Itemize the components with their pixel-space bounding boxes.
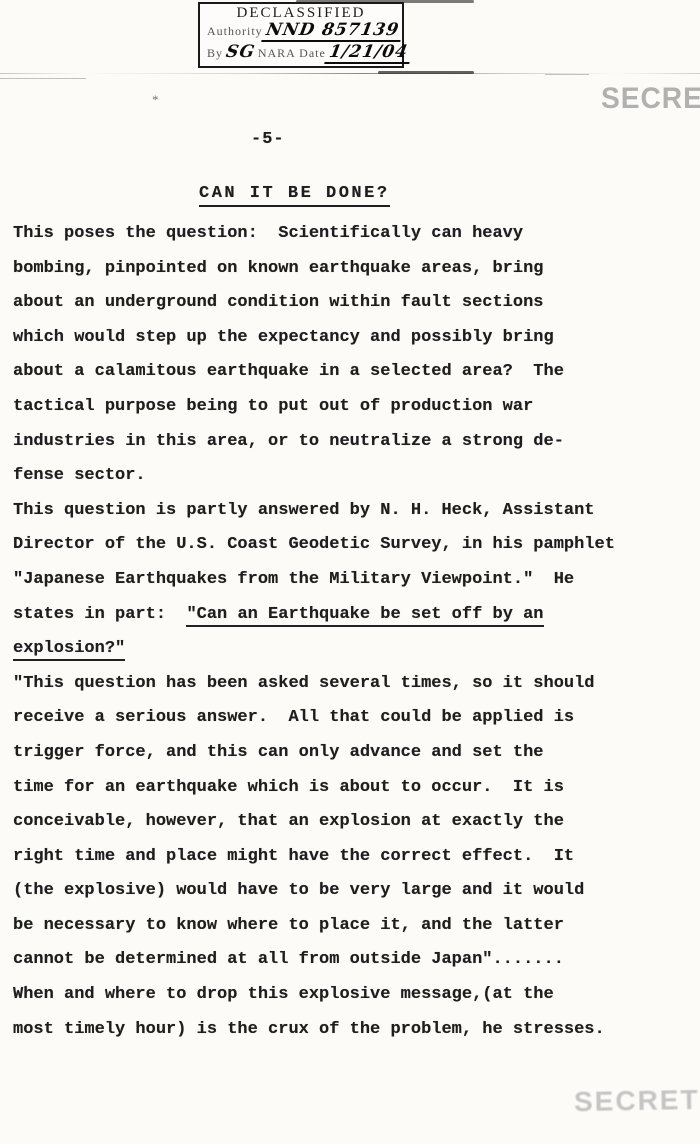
text-line: be necessary to know where to place it, …: [13, 916, 653, 951]
declassification-stamp: DECLASSIFIED Authority NND 857139 By SG …: [198, 2, 404, 68]
text-segment: fense sector.: [13, 466, 146, 485]
date-handwritten-value: 1/21/04: [324, 44, 412, 64]
authority-label: Authority: [207, 24, 263, 39]
document-page: * DECLASSIFIED Authority NND 857139 By S…: [0, 0, 700, 1144]
text-segment: time for an earthquake which is about to…: [13, 778, 564, 797]
document-heading: CAN IT BE DONE?: [199, 184, 390, 207]
text-line: This question is partly answered by N. H…: [13, 501, 653, 536]
underlined-phrase: "Can an Earthquake be set off by an: [186, 605, 543, 627]
by-handwritten-initials: SG: [221, 44, 259, 62]
text-line: fense sector.: [13, 466, 653, 501]
text-segment: (the explosive) would have to be very la…: [13, 881, 584, 900]
scan-line-right: [545, 74, 589, 75]
text-segment: right time and place might have the corr…: [13, 847, 574, 866]
text-segment: be necessary to know where to place it, …: [13, 916, 564, 935]
text-segment: industries in this area, or to neutraliz…: [13, 432, 564, 451]
text-segment: "Japanese Earthquakes from the Military …: [13, 570, 574, 589]
text-line: Director of the U.S. Coast Geodetic Surv…: [13, 535, 653, 570]
secret-stamp-top: SECRET: [601, 82, 700, 116]
text-line: trigger force, and this can only advance…: [13, 743, 653, 778]
text-line: about a calamitous earthquake in a selec…: [13, 362, 653, 397]
text-segment: bombing, pinpointed on known earthquake …: [13, 259, 544, 278]
scan-line-dark-segment: [378, 71, 474, 74]
stray-mark: *: [152, 92, 159, 108]
scan-line: [0, 73, 700, 74]
text-segment: This poses the question: Scientifically …: [13, 224, 523, 243]
text-segment: which would step up the expectancy and p…: [13, 328, 554, 347]
text-line: conceivable, however, that an explosion …: [13, 812, 653, 847]
text-line: cannot be determined at all from outside…: [13, 950, 653, 985]
text-line: which would step up the expectancy and p…: [13, 328, 653, 363]
text-line: right time and place might have the corr…: [13, 847, 653, 882]
text-line: bombing, pinpointed on known earthquake …: [13, 259, 653, 294]
page-number: -5-: [251, 130, 285, 149]
text-segment: most timely hour) is the crux of the pro…: [13, 1020, 605, 1039]
text-line: receive a serious answer. All that could…: [13, 708, 653, 743]
underlined-phrase: explosion?": [13, 639, 125, 661]
text-line: "This question has been asked several ti…: [13, 674, 653, 709]
text-segment: about a calamitous earthquake in a selec…: [13, 362, 564, 381]
text-line: most timely hour) is the crux of the pro…: [13, 1020, 653, 1055]
text-line: "Japanese Earthquakes from the Military …: [13, 570, 653, 605]
text-segment: When and where to drop this explosive me…: [13, 985, 554, 1004]
text-segment: about an underground condition within fa…: [13, 293, 544, 312]
document-body: This poses the question: Scientifically …: [13, 224, 653, 1054]
scan-line-left: [0, 78, 86, 79]
text-line: tactical purpose being to put out of pro…: [13, 397, 653, 432]
secret-stamp-bottom: SECRET: [574, 1084, 700, 1118]
text-line: industries in this area, or to neutraliz…: [13, 432, 653, 467]
text-segment: conceivable, however, that an explosion …: [13, 812, 564, 831]
nara-date-label: NARA Date: [258, 46, 326, 61]
text-segment: tactical purpose being to put out of pro…: [13, 397, 533, 416]
authority-handwritten-value: NND 857139: [261, 22, 403, 42]
text-line: states in part: "Can an Earthquake be se…: [13, 605, 653, 640]
text-segment: receive a serious answer. All that could…: [13, 708, 574, 727]
text-segment: states in part:: [13, 605, 186, 624]
text-line: This poses the question: Scientifically …: [13, 224, 653, 259]
text-line: explosion?": [13, 639, 653, 674]
text-line: time for an earthquake which is about to…: [13, 778, 653, 813]
by-label: By: [207, 46, 223, 61]
text-line: about an underground condition within fa…: [13, 293, 653, 328]
text-segment: This question is partly answered by N. H…: [13, 501, 595, 520]
text-segment: trigger force, and this can only advance…: [13, 743, 544, 762]
text-line: When and where to drop this explosive me…: [13, 985, 653, 1020]
text-line: (the explosive) would have to be very la…: [13, 881, 653, 916]
text-segment: Director of the U.S. Coast Geodetic Surv…: [13, 535, 615, 554]
text-segment: cannot be determined at all from outside…: [13, 950, 564, 969]
text-segment: "This question has been asked several ti…: [13, 674, 595, 693]
